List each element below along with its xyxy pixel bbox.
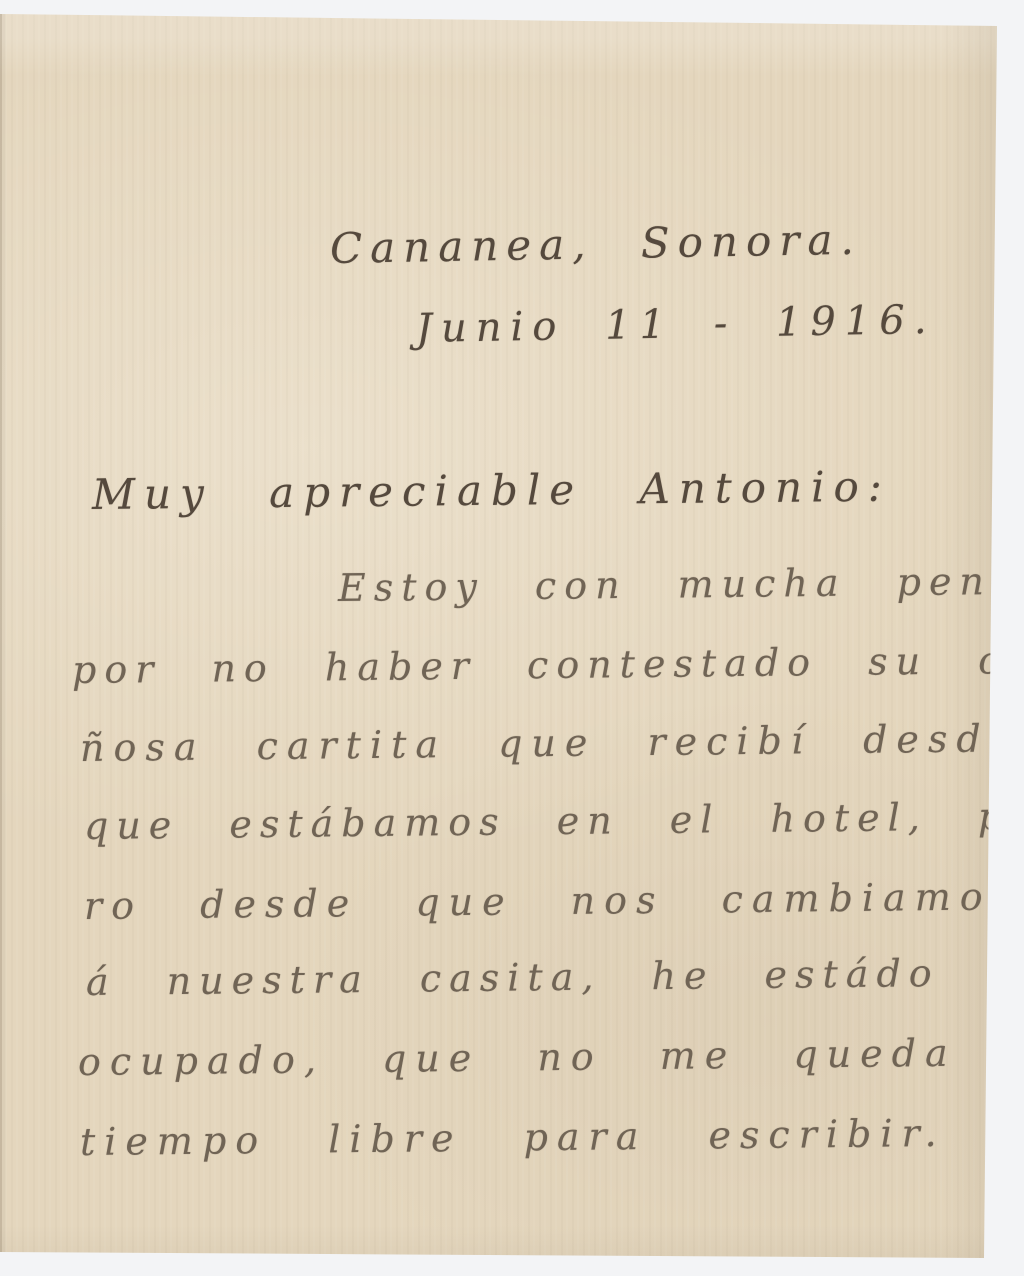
scan-background: Cananea, Sonora. Junio 11 - 1916. Muy ap…: [0, 0, 1024, 1276]
letter-body-line: ñosa cartita que recibí desde: [80, 716, 1022, 770]
letter-body-line: tiempo libre para escribir.: [80, 1111, 946, 1164]
letter-place-line: Cananea, Sonora.: [330, 215, 863, 273]
letter-body-line: á nuestra casita, he estádo tan: [86, 950, 1024, 1004]
letter-date-line: Junio 11 - 1916.: [416, 297, 936, 352]
letter-body-line: por no haber contestado su cari-: [72, 637, 1024, 692]
letter-body-line: que estábamos en el hotel, pe-: [84, 794, 1024, 848]
letter-body-line: ro desde que nos cambiamos: [84, 874, 1021, 928]
letter-salutation: Muy apreciable Antonio:: [92, 462, 891, 519]
letter-body-line: Estoy con mucha pena: [338, 559, 1023, 610]
letter-body-line: ocupado, que no me queda: [78, 1031, 957, 1084]
letter-paper: Cananea, Sonora. Junio 11 - 1916. Muy ap…: [0, 0, 1024, 1276]
